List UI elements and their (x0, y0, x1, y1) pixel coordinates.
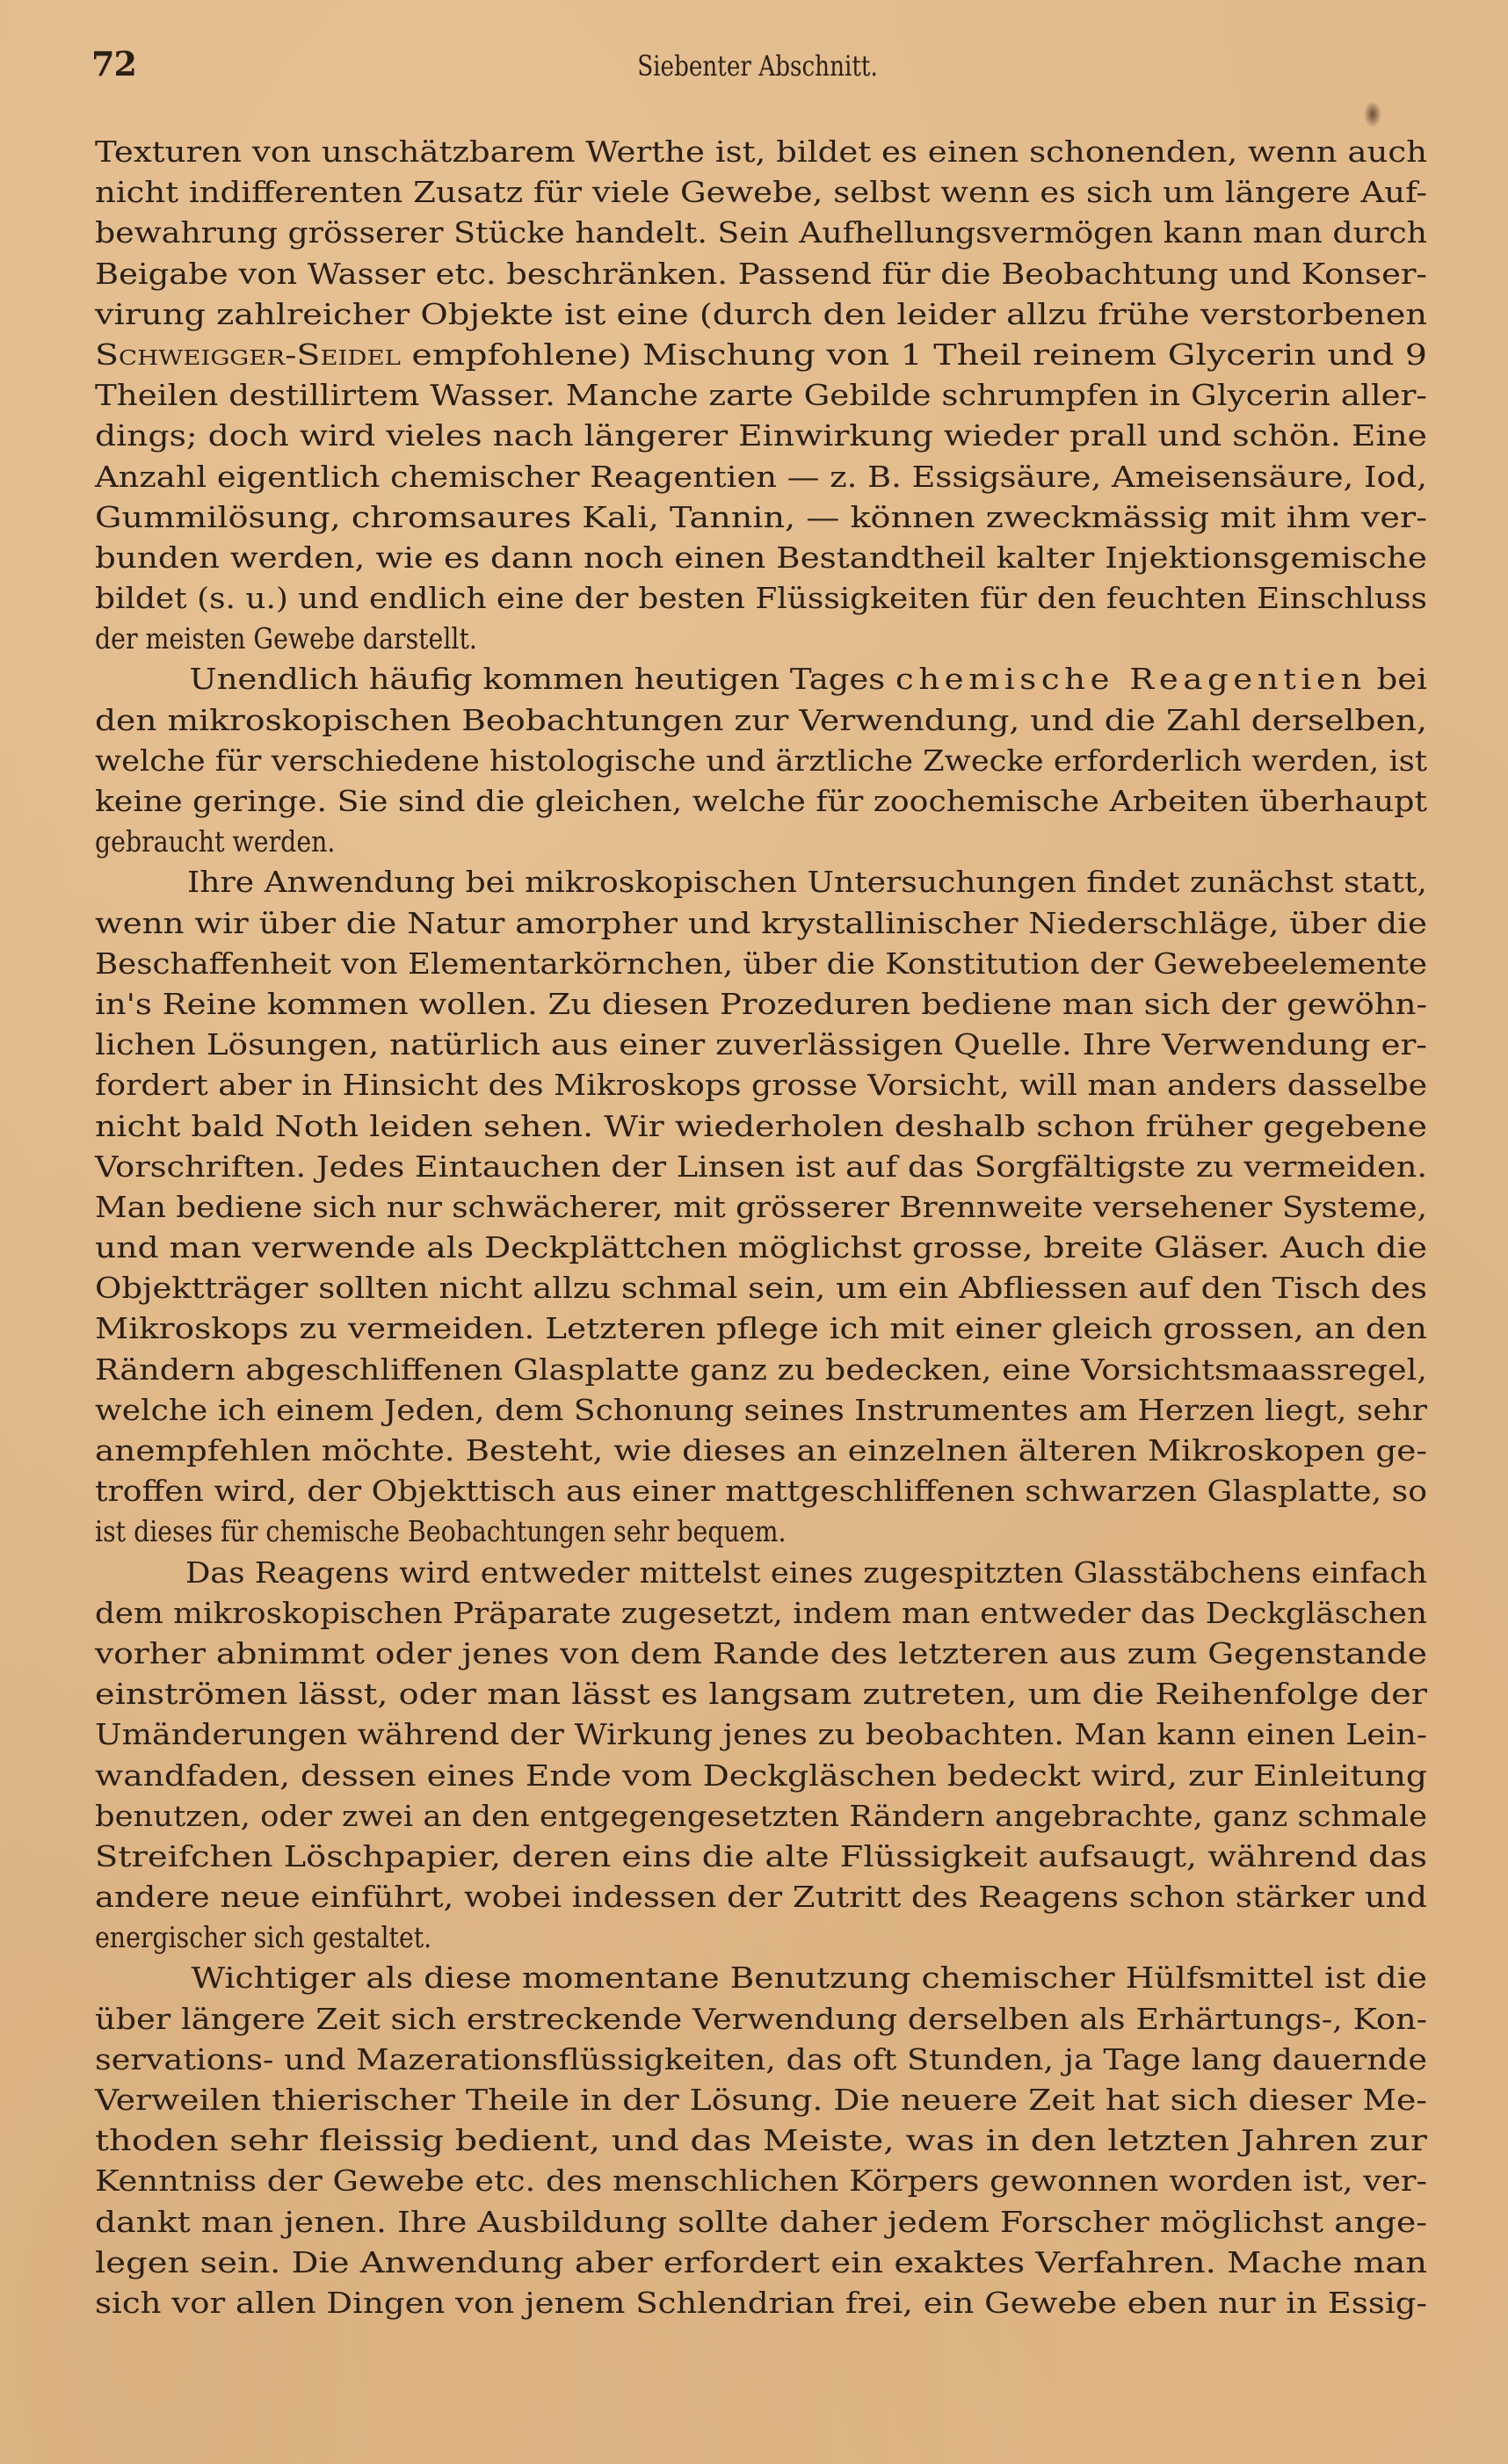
text-line: Verweilen thierischer Theile in der Lösu… (95, 2080, 1427, 2120)
text-line: der meisten Gewebe darstellt. (95, 619, 477, 659)
text-line: in's Reine kommen wollen. Zu diesen Proz… (95, 984, 1427, 1025)
text-line: Mikroskops zu vermeiden. Letzteren pfleg… (95, 1308, 1427, 1349)
text-line: über längere Zeit sich erstreckende Verw… (95, 1999, 1427, 2040)
text-line: dankt man jenen. Ihre Ausbildung sollte … (95, 2202, 1427, 2243)
text-line: den mikroskopischen Beobachtungen zur Ve… (95, 700, 1427, 741)
text-line: Theilen destillirtem Wasser. Manche zart… (95, 375, 1427, 416)
text-line: servations- und Mazerationsflüssigkeiten… (95, 2040, 1427, 2080)
text-line: bewahrung grösserer Stücke handelt. Sein… (95, 213, 1427, 253)
text-line: Schweigger-Seidel empfohlene) Mischung v… (95, 335, 1427, 375)
text-line: lichen Lösungen, natürlich aus einer zuv… (95, 1025, 1427, 1065)
text-line: virung zahlreicher Objekte ist eine (dur… (95, 294, 1427, 335)
text-line: Kenntniss der Gewebe etc. des menschlich… (95, 2161, 1427, 2201)
line-text: Unendlich häufig kommen heutigen Tages (190, 662, 895, 696)
text-line: Beigabe von Wasser etc. beschränken. Pas… (95, 254, 1427, 294)
line-text: bei (1367, 662, 1427, 696)
line-text: empfohlene) Mischung von 1 Theil reinem … (401, 337, 1427, 372)
text-line: welche ich einem Jeden, dem Schonung sei… (95, 1390, 1427, 1431)
page-number: 72 (91, 44, 136, 83)
text-line: einströmen lässt, oder man lässt es lang… (95, 1674, 1427, 1714)
running-head: Siebenter Abschnitt. (211, 49, 1303, 83)
text-line: Das Reagens wird entweder mittelst eines… (95, 1553, 1427, 1593)
text-line: Streifchen Löschpapier, deren eins die a… (95, 1837, 1427, 1877)
text-line: Wichtiger als diese momentane Benutzung … (95, 1958, 1427, 1998)
text-line: dings; doch wird vieles nach längerer Ei… (95, 416, 1427, 456)
text-line: troffen wird, der Objekttisch aus einer … (95, 1471, 1427, 1511)
text-line: thoden sehr fleissig bedient, und das Me… (95, 2120, 1427, 2161)
text-line: dem mikroskopischen Präparate zugesetzt,… (95, 1593, 1427, 1634)
text-line: Unendlich häufig kommen heutigen Tages c… (95, 659, 1427, 699)
text-line: sich vor allen Dingen von jenem Schlendr… (95, 2283, 1427, 2323)
text-line: legen sein. Die Anwendung aber erfordert… (95, 2243, 1427, 2283)
text-line: ist dieses für chemische Beobachtungen s… (95, 1511, 787, 1552)
text-line: bunden werden, wie es dann noch einen Be… (95, 538, 1427, 578)
text-line: Gummilösung, chromsaures Kali, Tannin, —… (95, 497, 1427, 538)
author-name: Schweigger-Seidel (95, 337, 401, 372)
text-line: anempfehlen möchte. Besteht, wie dieses … (95, 1431, 1427, 1471)
text-line: nicht indifferenten Zusatz für viele Gew… (95, 172, 1427, 213)
text-line: Rändern abgeschliffenen Glasplatte ganz … (95, 1350, 1427, 1390)
text-line: wandfaden, dessen eines Ende vom Deckglä… (95, 1756, 1427, 1796)
text-line: Texturen von unschätzbarem Werthe ist, b… (95, 132, 1427, 172)
text-line: Ihre Anwendung bei mikroskopischen Unter… (95, 862, 1427, 902)
ink-smudge (1364, 101, 1381, 127)
text-line: keine geringe. Sie sind die gleichen, we… (95, 781, 1427, 822)
body-text: Texturen von unschätzbarem Werthe ist, b… (95, 132, 1427, 2323)
text-line: bildet (s. u.) und endlich eine der best… (95, 578, 1427, 619)
text-line: Objektträger sollten nicht allzu schmal … (95, 1268, 1427, 1308)
text-line: nicht bald Noth leiden sehen. Wir wieder… (95, 1106, 1427, 1147)
text-line: und man verwende als Deckplättchen mögli… (95, 1228, 1427, 1268)
text-line: energischer sich gestaltet. (95, 1917, 431, 1958)
text-line: andere neue einführt, wobei indessen der… (95, 1877, 1427, 1917)
text-line: Umänderungen während der Wirkung jenes z… (95, 1714, 1427, 1755)
text-line: Anzahl eigentlich chemischer Reagentien … (95, 457, 1427, 497)
text-line: fordert aber in Hinsicht des Mikroskops … (95, 1065, 1427, 1105)
text-line: gebraucht werden. (95, 822, 335, 862)
text-line: Vorschriften. Jedes Eintauchen der Linse… (95, 1147, 1427, 1187)
text-line: welche für verschiedene histologische un… (95, 741, 1427, 781)
text-line: Beschaffenheit von Elementarkörnchen, üb… (95, 944, 1427, 984)
page-header: 72 Siebenter Abschnitt. (91, 44, 1424, 88)
text-line: Man bediene sich nur schwächerer, mit gr… (95, 1187, 1427, 1228)
text-line: vorher abnimmt oder jenes von dem Rande … (95, 1634, 1427, 1674)
emphasized-term: chemische Reagentien (895, 662, 1367, 696)
text-line: wenn wir über die Natur amorpher und kry… (95, 903, 1427, 944)
text-line: benutzen, oder zwei an den entgegengeset… (95, 1796, 1427, 1837)
